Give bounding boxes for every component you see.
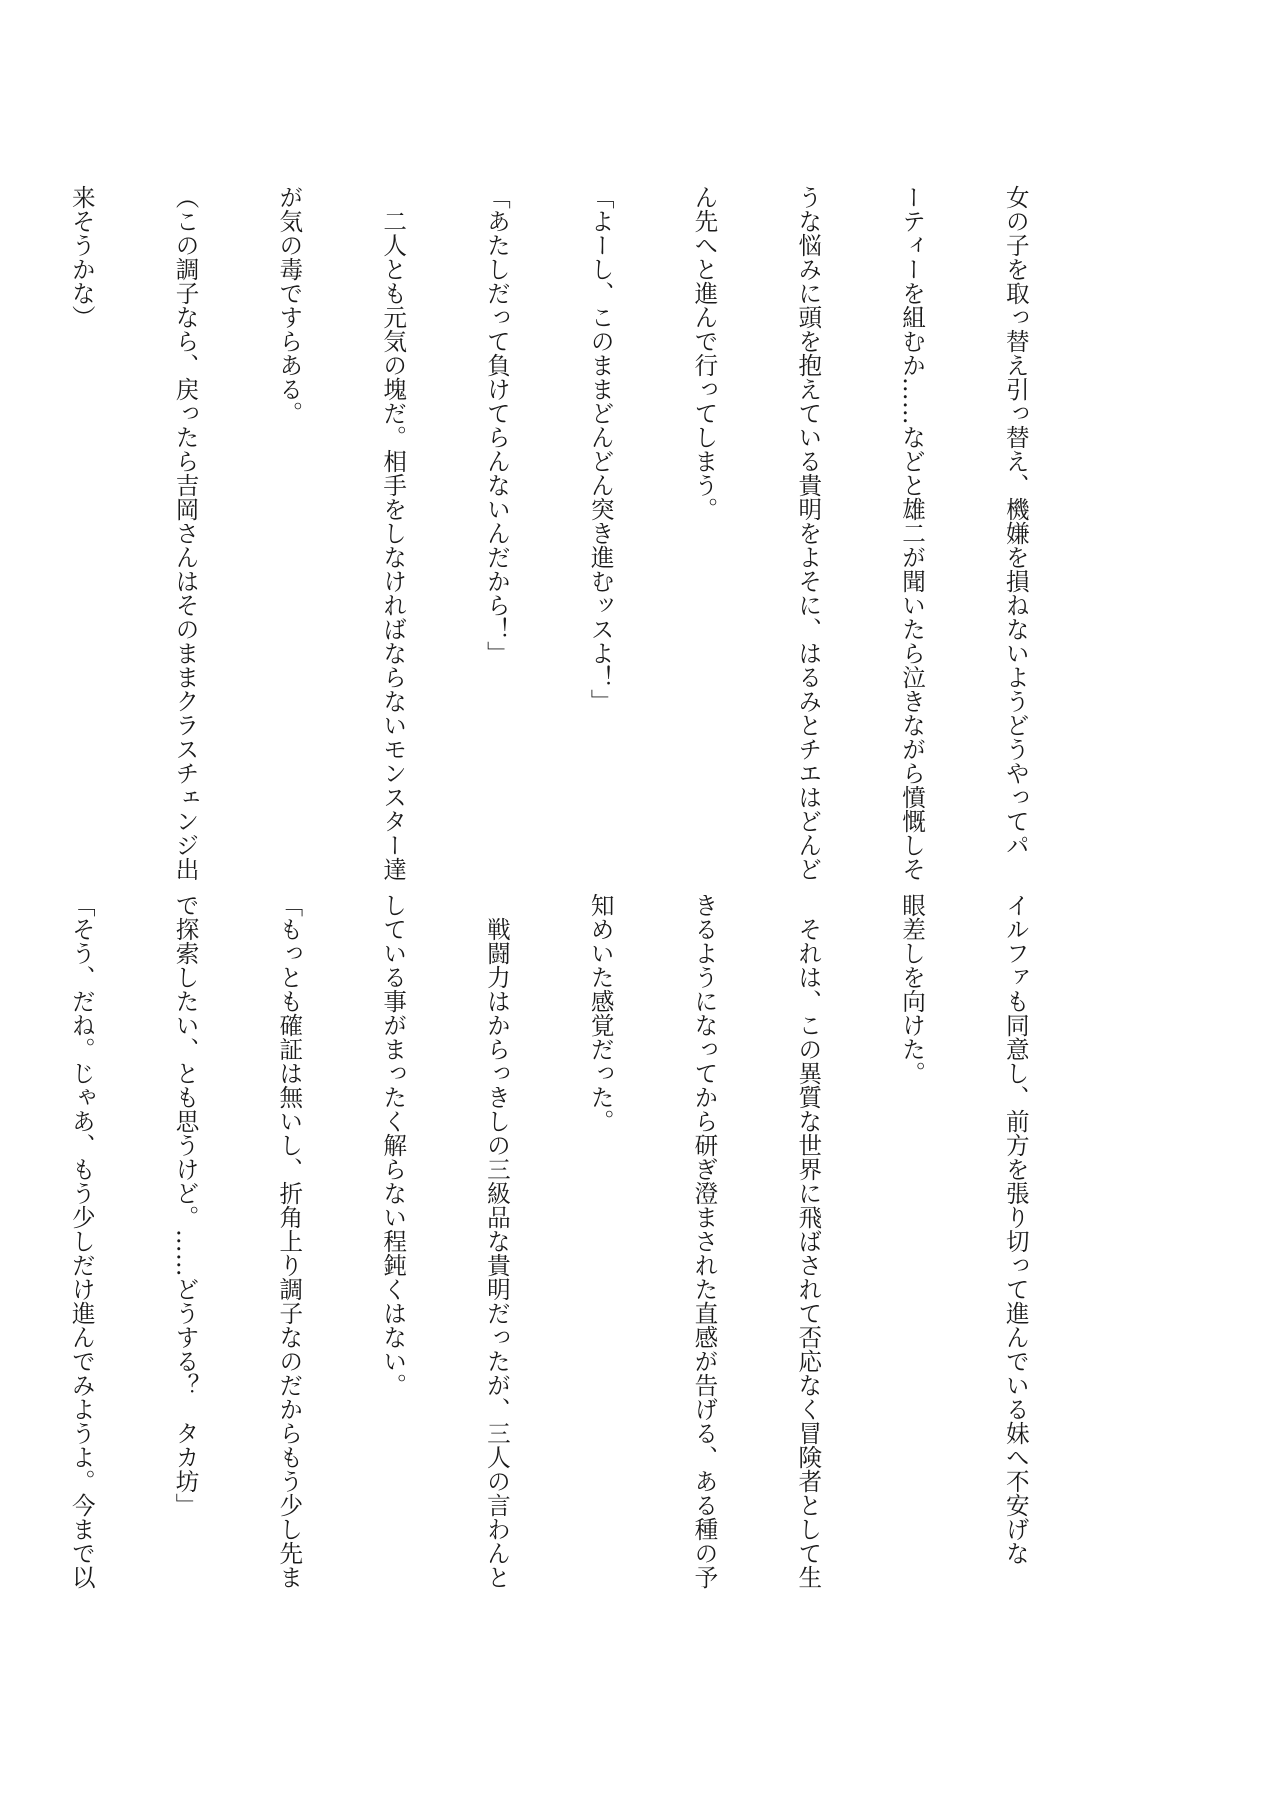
text-line: 来そうかな）	[64, 185, 99, 865]
document-page: 女の子を取っ替え引っ替え、機嫌を損ねないようどうやってパ ーティーを組むか……な…	[0, 0, 1280, 1811]
text-line: 「もっとも確証は無いし、折角上り調子なのだからもう少し先ま	[272, 893, 307, 1583]
text-line: 「あたしだって負けてらんないんだから！」	[479, 185, 514, 865]
text-line: それは、この異質な世界に飛ばされて否応なく冒険者として生	[791, 893, 826, 1583]
text-line: している事がまったく解らない程鈍くはない。	[376, 893, 411, 1583]
text-line: 知めいた感覚だった。	[583, 893, 618, 1583]
text-line: きるようになってから研ぎ澄まされた直感が告げる、ある種の予	[687, 893, 722, 1583]
text-line: ーティーを組むか……などと雄二が聞いたら泣きながら憤慨しそ	[894, 185, 929, 865]
text-line: ん先へと進んで行ってしまう。	[687, 185, 722, 865]
text-line: 戦闘力はからっきしの三級品な貴明だったが、三人の言わんと	[479, 893, 514, 1583]
text-line: 「よーし、このままどんどん突き進むッスよ！」	[583, 185, 618, 865]
text-line: が気の毒ですらある。	[272, 185, 307, 865]
text-line: 女の子を取っ替え引っ替え、機嫌を損ねないようどうやってパ	[998, 185, 1033, 865]
text-line: （この調子なら、戻ったら吉岡さんはそのままクラスチェンジ出	[168, 185, 203, 865]
text-line: 眼差しを向けた。	[894, 893, 929, 1583]
text-line: で探索したい、とも思うけど。……どうする？ タカ坊」	[168, 893, 203, 1583]
text-block-bottom: イルファも同意し、前方を張り切って進んでいる妹へ不安げな 眼差しを向けた。 それ…	[202, 893, 1102, 1583]
text-block-top: 女の子を取っ替え引っ替え、機嫌を損ねないようどうやってパ ーティーを組むか……な…	[202, 185, 1102, 865]
text-line: 二人とも元気の塊だ。相手をしなければならないモンスター達	[376, 185, 411, 865]
text-line: イルファも同意し、前方を張り切って進んでいる妹へ不安げな	[998, 893, 1033, 1583]
text-line: うな悩みに頭を抱えている貴明をよそに、はるみとチエはどんど	[791, 185, 826, 865]
text-line: 「そう、だね。じゃあ、もう少しだけ進んでみようよ。今まで以	[64, 893, 99, 1583]
